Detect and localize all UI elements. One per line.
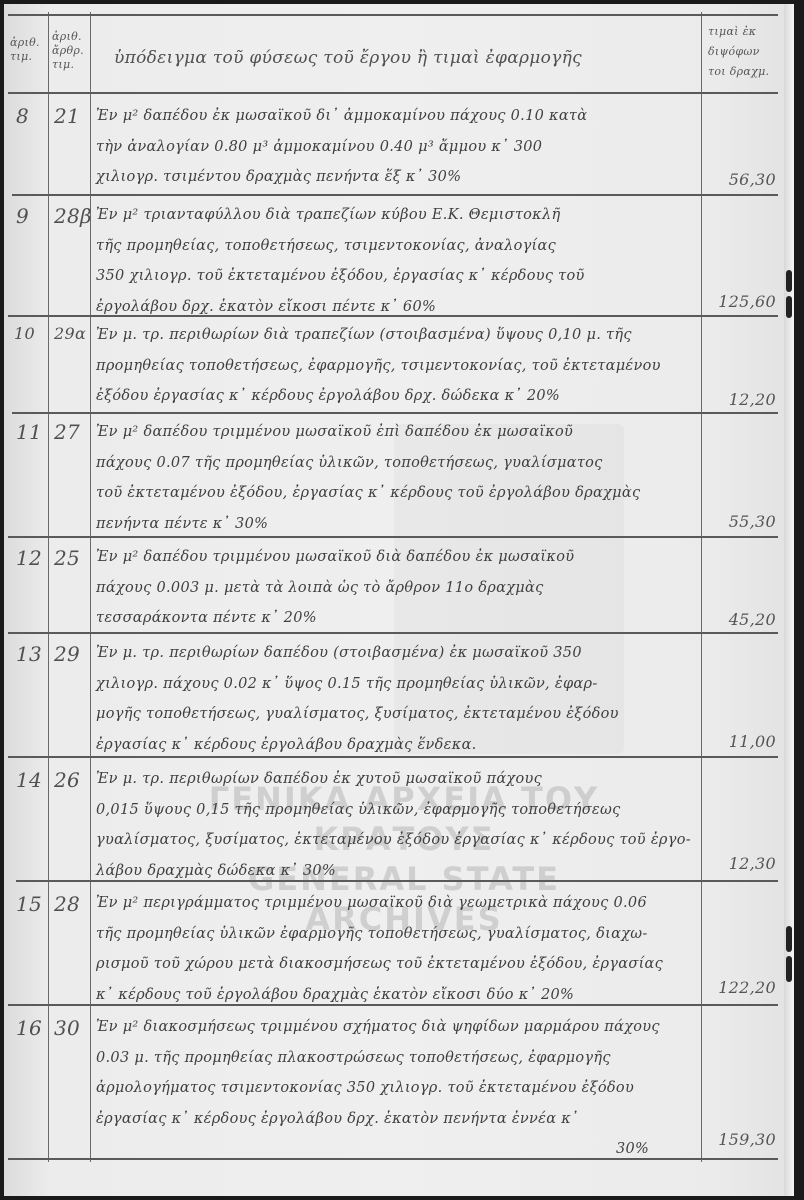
- description-line: 350 χιλιογρ. τοῦ ἐκτεταμένου ἐξόδου, ἐργ…: [96, 261, 585, 292]
- column-divider-1: [48, 12, 49, 1162]
- description-line: Ἐν μ² δαπέδου τριμμένου μωσαϊκοῦ διὰ δαπ…: [96, 542, 574, 573]
- row-description: Ἐν μ² δαπέδου τριμμένου μωσαϊκοῦ διὰ δαπ…: [96, 542, 574, 634]
- description-line: 0.03 μ. τῆς προμηθείας πλακοστρώσεως τοπ…: [96, 1043, 660, 1074]
- description-line: κ᾿ κέρδους τοῦ ἐργολάβου δραχμὰς ἑκατὸν …: [96, 980, 663, 1011]
- description-line: Ἐν μ² τριανταφύλλου διὰ τραπεζίων κύβου …: [96, 200, 585, 231]
- description-line: χιλιογρ. πάχους 0.02 κ᾿ ὕψος 0.15 τῆς πρ…: [96, 669, 619, 700]
- row-serial: 13: [16, 642, 42, 666]
- header-description: ὑπόδειγμα τοῦ φύσεως τοῦ ἔργου ἢ τιμαὶ ἐ…: [114, 48, 582, 68]
- row-article: 29: [54, 642, 80, 666]
- row-rule: [12, 194, 778, 196]
- description-line: τεσσαράκοντα πέντε κ᾿ 20%: [96, 603, 574, 634]
- row-serial: 11: [16, 420, 42, 444]
- row-serial: 14: [16, 768, 42, 792]
- row-description: Ἐν μ. τρ. περιθωρίων δαπέδου ἐκ χυτοῦ μω…: [96, 764, 691, 886]
- description-line: Ἐν μ² δαπέδου ἐκ μωσαϊκοῦ δι᾿ ἀμμοκαμίνο…: [96, 101, 587, 132]
- description-line: πάχους 0.003 μ. μετὰ τὰ λοιπὰ ὡς τὸ ἄρθρ…: [96, 573, 574, 604]
- description-line: πενήντα πέντε κ᾿ 30%: [96, 509, 640, 540]
- binder-clip-mark: [786, 956, 792, 982]
- row-description: Ἐν μ² διακοσμήσεως τριμμένου σχήματος δι…: [96, 1012, 660, 1165]
- binder-clip-mark: [786, 296, 792, 318]
- row-article: 21: [54, 104, 80, 128]
- row-article: 25: [54, 546, 80, 570]
- row-serial: 10: [14, 324, 35, 343]
- page-edge: [784, 4, 794, 1196]
- description-line: Ἐν μ. τρ. περιθωρίων διὰ τραπεζίων (στοι…: [96, 320, 661, 351]
- description-line: Ἐν μ² περιγράμματος τριμμένου μωσαϊκοῦ δ…: [96, 888, 663, 919]
- header-bottom-rule: [8, 92, 778, 94]
- row-serial: 8: [16, 104, 29, 128]
- description-line: χιλιογρ. τσιμέντου δραχμὰς πενήντα ἕξ κ᾿…: [96, 162, 587, 193]
- description-line: γυαλίσματος, ξυσίματος, ἐκτεταμένου ἐξόδ…: [96, 825, 691, 856]
- row-serial: 15: [16, 892, 42, 916]
- row-description: Ἐν μ. τρ. περιθωρίων διὰ τραπεζίων (στοι…: [96, 320, 661, 412]
- description-line: προμηθείας τοποθετήσεως, ἐφαρμογῆς, τσιμ…: [96, 351, 661, 382]
- description-line: τῆς προμηθείας, τοποθετήσεως, τσιμεντοκο…: [96, 231, 585, 262]
- binder-clip-mark: [786, 926, 792, 952]
- row-price: 159,30: [686, 1130, 776, 1149]
- description-line: ἐξόδου ἐργασίας κ᾿ κέρδους ἐργολάβου δρχ…: [96, 381, 661, 412]
- row-price: 11,00: [686, 732, 776, 751]
- description-line: ἐργολάβου δρχ. ἑκατὸν εἴκοσι πέντε κ᾿ 60…: [96, 292, 585, 323]
- row-price: 12,20: [686, 390, 776, 409]
- description-line: τῆς προμηθείας ὑλικῶν ἐφαρμογῆς τοποθετή…: [96, 919, 663, 950]
- row-article: 28β: [54, 204, 92, 228]
- row-rule: [12, 412, 778, 414]
- description-line: 30%: [96, 1134, 660, 1165]
- row-serial: 12: [16, 546, 42, 570]
- row-description: Ἐν μ² δαπέδου ἐκ μωσαϊκοῦ δι᾿ ἀμμοκαμίνο…: [96, 101, 587, 193]
- header-serial: ἀριθ. τιμ.: [10, 36, 46, 64]
- header-price: τιμαὶ ἐκ διψόφων τοι δραχμ.: [708, 22, 778, 82]
- row-price: 45,20: [686, 610, 776, 629]
- description-line: τοῦ ἐκτεταμένου ἐξόδου, ἐργασίας κ᾿ κέρδ…: [96, 478, 640, 509]
- description-line: Ἐν μ. τρ. περιθωρίων δαπέδου (στοιβασμέν…: [96, 638, 619, 669]
- row-article: 26: [54, 768, 80, 792]
- description-line: Ἐν μ² δαπέδου τριμμένου μωσαϊκοῦ ἐπὶ δαπ…: [96, 417, 640, 448]
- header-top-rule: [8, 14, 778, 16]
- row-price: 56,30: [686, 170, 776, 189]
- row-article: 29α: [54, 324, 86, 343]
- row-description: Ἐν μ² τριανταφύλλου διὰ τραπεζίων κύβου …: [96, 200, 585, 322]
- description-line: Ἐν μ. τρ. περιθωρίων δαπέδου ἐκ χυτοῦ μω…: [96, 764, 691, 795]
- description-line: Ἐν μ² διακοσμήσεως τριμμένου σχήματος δι…: [96, 1012, 660, 1043]
- description-line: τὴν ἀναλογίαν 0.80 μ³ ἀμμοκαμίνου 0.40 μ…: [96, 132, 587, 163]
- row-serial: 9: [16, 204, 29, 228]
- description-line: πάχους 0.07 τῆς προμηθείας ὑλικῶν, τοποθ…: [96, 448, 640, 479]
- row-serial: 16: [16, 1016, 42, 1040]
- row-article: 27: [54, 420, 80, 444]
- binder-clip-mark: [786, 270, 792, 292]
- row-price: 12,30: [686, 854, 776, 873]
- column-divider-2: [90, 12, 91, 1162]
- header-article: ἀριθ. ἄρθρ. τιμ.: [52, 30, 88, 72]
- row-article: 28: [54, 892, 80, 916]
- row-description: Ἐν μ² περιγράμματος τριμμένου μωσαϊκοῦ δ…: [96, 888, 663, 1010]
- row-description: Ἐν μ. τρ. περιθωρίων δαπέδου (στοιβασμέν…: [96, 638, 619, 760]
- row-description: Ἐν μ² δαπέδου τριμμένου μωσαϊκοῦ ἐπὶ δαπ…: [96, 417, 640, 539]
- row-price: 55,30: [686, 512, 776, 531]
- description-line: ἐργασίας κ᾿ κέρδους ἐργολάβου δραχμὰς ἕν…: [96, 730, 619, 761]
- description-line: μογῆς τοποθετήσεως, γυαλίσματος, ξυσίματ…: [96, 699, 619, 730]
- row-price: 125,60: [686, 292, 776, 311]
- row-article: 30: [54, 1016, 80, 1040]
- description-line: λάβου δραχμὰς δώδεκα κ᾿ 30%: [96, 856, 691, 887]
- description-line: ἐργασίας κ᾿ κέρδους ἐργολάβου δρχ. ἑκατὸ…: [96, 1104, 660, 1135]
- ledger-page: ΓΕΝΙΚΑ ΑΡΧΕΙΑ ΤΟΥ ΚΡΑΤΟΥΣ GENERAL STATE …: [4, 4, 794, 1196]
- row-price: 122,20: [686, 978, 776, 997]
- description-line: ρισμοῦ τοῦ χώρου μετὰ διακοσμήσεως τοῦ ἐ…: [96, 949, 663, 980]
- description-line: ἀρμολογήματος τσιμεντοκονίας 350 χιλιογρ…: [96, 1073, 660, 1104]
- description-line: 0,015 ὕψους 0,15 τῆς προμηθείας ὑλικῶν, …: [96, 795, 691, 826]
